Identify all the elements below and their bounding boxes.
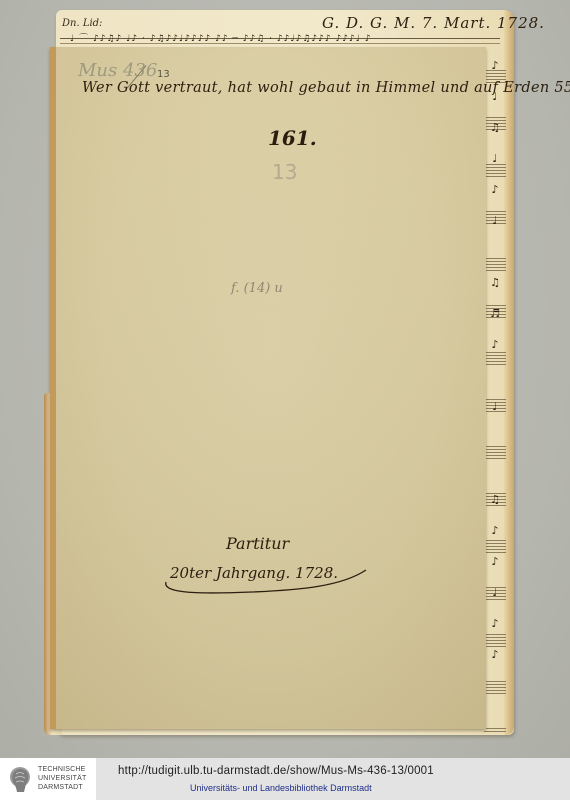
pencil-number: 13 xyxy=(272,160,297,184)
logo-text: TECHNISCHE UNIVERSITÄT DARMSTADT xyxy=(38,765,86,792)
shelfmark: Mus 436 xyxy=(78,60,157,81)
note-glyph: ♬ xyxy=(486,298,504,329)
logo-line-3: DARMSTADT xyxy=(38,783,86,792)
note-glyph xyxy=(486,453,504,484)
note-glyph xyxy=(486,360,504,391)
footer-bar: TECHNISCHE UNIVERSITÄT DARMSTADT http://… xyxy=(0,758,570,800)
note-glyph: ♩ xyxy=(486,205,504,236)
ink-number: 161. xyxy=(268,126,317,150)
right-margin-notes: ♪ ♩ ♫ ♩ ♪ ♩ ♫ ♬ ♪ ♩ ♫ ♪ ♪ ♩ ♪ ♪ xyxy=(486,50,504,670)
permalink-url: http://tudigit.ulb.tu-darmstadt.de/show/… xyxy=(118,765,434,777)
logo-line-2: UNIVERSITÄT xyxy=(38,774,86,783)
partitur-label: Partitur xyxy=(226,534,289,553)
music-notes-row: ♩ ⌒ ♪♪♫♪ ♩♪ · ♪♫♪♪♩♪♪♪♪ ♪♪ ─ ♪♪♫ · ♪♪♩♪♫… xyxy=(70,31,500,45)
note-glyph: ♪ xyxy=(486,515,504,546)
note-glyph: ♪ xyxy=(486,50,504,81)
note-glyph: ♪ xyxy=(486,546,504,577)
note-glyph: ♩ xyxy=(486,143,504,174)
cantata-title: Wer Gott vertraut, hat wohl gebaut in Hi… xyxy=(82,80,492,96)
flourish-underline xyxy=(162,568,372,598)
manuscript-scan: Dn. Lid: G. D. G. M. 7. Mart. 1728. ♩ ⌒ … xyxy=(0,0,570,758)
note-glyph: ♩ xyxy=(486,391,504,422)
note-glyph: ♪ xyxy=(486,639,504,670)
note-glyph: ♫ xyxy=(486,484,504,515)
athena-head-icon xyxy=(8,764,32,794)
note-glyph: ♫ xyxy=(486,267,504,298)
note-glyph: ♪ xyxy=(486,329,504,360)
note-glyph: ♫ xyxy=(486,112,504,143)
note-glyph xyxy=(486,422,504,453)
shelfmark-number: 13 xyxy=(157,69,170,80)
note-glyph xyxy=(486,236,504,267)
back-sheet-header-left: Dn. Lid: xyxy=(62,18,102,29)
note-glyph: ♪ xyxy=(486,608,504,639)
library-name: Universitäts- und Landesbibliothek Darms… xyxy=(190,783,372,793)
back-sheet-header-right: G. D. G. M. 7. Mart. 1728. xyxy=(322,14,545,32)
tu-darmstadt-logo: TECHNISCHE UNIVERSITÄT DARMSTADT xyxy=(0,758,96,800)
note-glyph: ♩ xyxy=(486,577,504,608)
note-glyph: ♪ xyxy=(486,174,504,205)
pencil-folio-note: f. (14) u xyxy=(231,281,283,296)
logo-line-1: TECHNISCHE xyxy=(38,765,86,774)
